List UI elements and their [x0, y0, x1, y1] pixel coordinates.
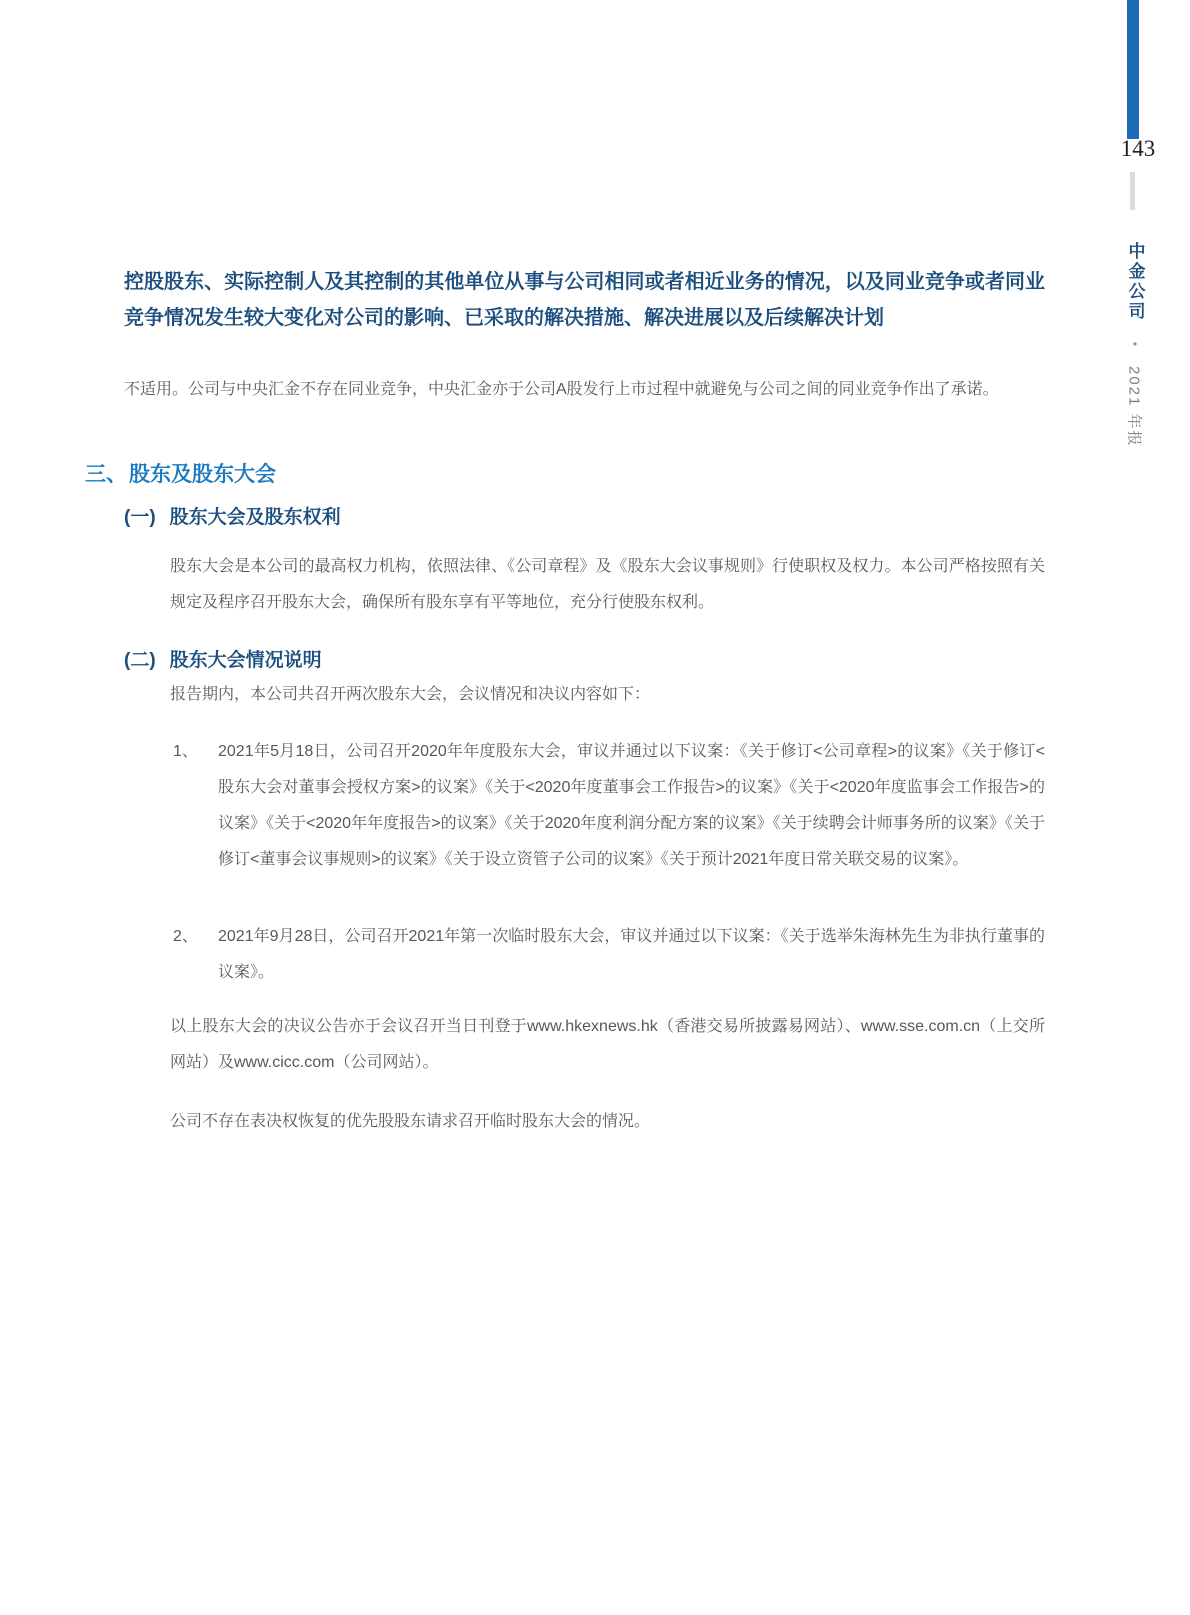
margin-vertical-title: 中金公司 • 2021 年报 [1117, 242, 1153, 448]
list-item-1-text: 2021年5月18日，公司召开2020年年度股东大会，审议并通过以下议案：《关于… [218, 734, 1045, 878]
subsection-2-label: (二) [124, 645, 156, 672]
subsection-1-paragraph: 股东大会是本公司的最高权力机构，依照法律、《公司章程》及《股东大会议事规则》行使… [170, 549, 1045, 621]
page-accent-bar [1127, 0, 1139, 139]
vertical-title-separator-dot: • [1133, 338, 1137, 350]
subsection-2-heading: (二) 股东大会情况说明 [124, 645, 322, 672]
section-heading: 三、股东及股东大会 [85, 458, 276, 488]
announcement-publication-paragraph: 以上股东大会的决议公告亦于会议召开当日刊登于www.hkexnews.hk（香港… [170, 1009, 1045, 1081]
topic-heading: 控股股东、实际控制人及其控制的其他单位从事与公司相同或者相近业务的情况，以及同业… [124, 264, 1045, 336]
section-number: 三、 [85, 463, 127, 486]
preferred-shareholder-paragraph: 公司不存在表决权恢复的优先股股东请求召开临时股东大会的情况。 [170, 1104, 1045, 1140]
page-number-divider [1130, 172, 1135, 210]
report-year-vertical: 2021 年报 [1125, 366, 1146, 448]
page-number: 143 [1105, 136, 1171, 162]
subsection-2-intro: 报告期内，本公司共召开两次股东大会，会议情况和决议内容如下： [170, 677, 1045, 713]
section-title: 股东及股东大会 [129, 463, 276, 486]
subsection-1-label: (一) [124, 502, 156, 529]
subsection-1-title: 股东大会及股东权利 [170, 502, 341, 529]
annual-report-page: 143 中金公司 • 2021 年报 控股股东、实际控制人及其控制的其他单位从事… [0, 0, 1190, 1615]
subsection-2-title: 股东大会情况说明 [170, 645, 322, 672]
subsection-1-heading: (一) 股东大会及股东权利 [124, 502, 341, 529]
company-name-vertical: 中金公司 [1123, 242, 1148, 322]
topic-heading-note: 不适用。公司与中央汇金不存在同业竞争，中央汇金亦于公司A股发行上市过程中就避免与… [124, 372, 1045, 408]
list-item-1-marker: 1、 [173, 734, 213, 770]
list-item-2-text: 2021年9月28日，公司召开2021年第一次临时股东大会，审议并通过以下议案：… [218, 919, 1045, 991]
list-item-2-marker: 2、 [173, 919, 213, 955]
